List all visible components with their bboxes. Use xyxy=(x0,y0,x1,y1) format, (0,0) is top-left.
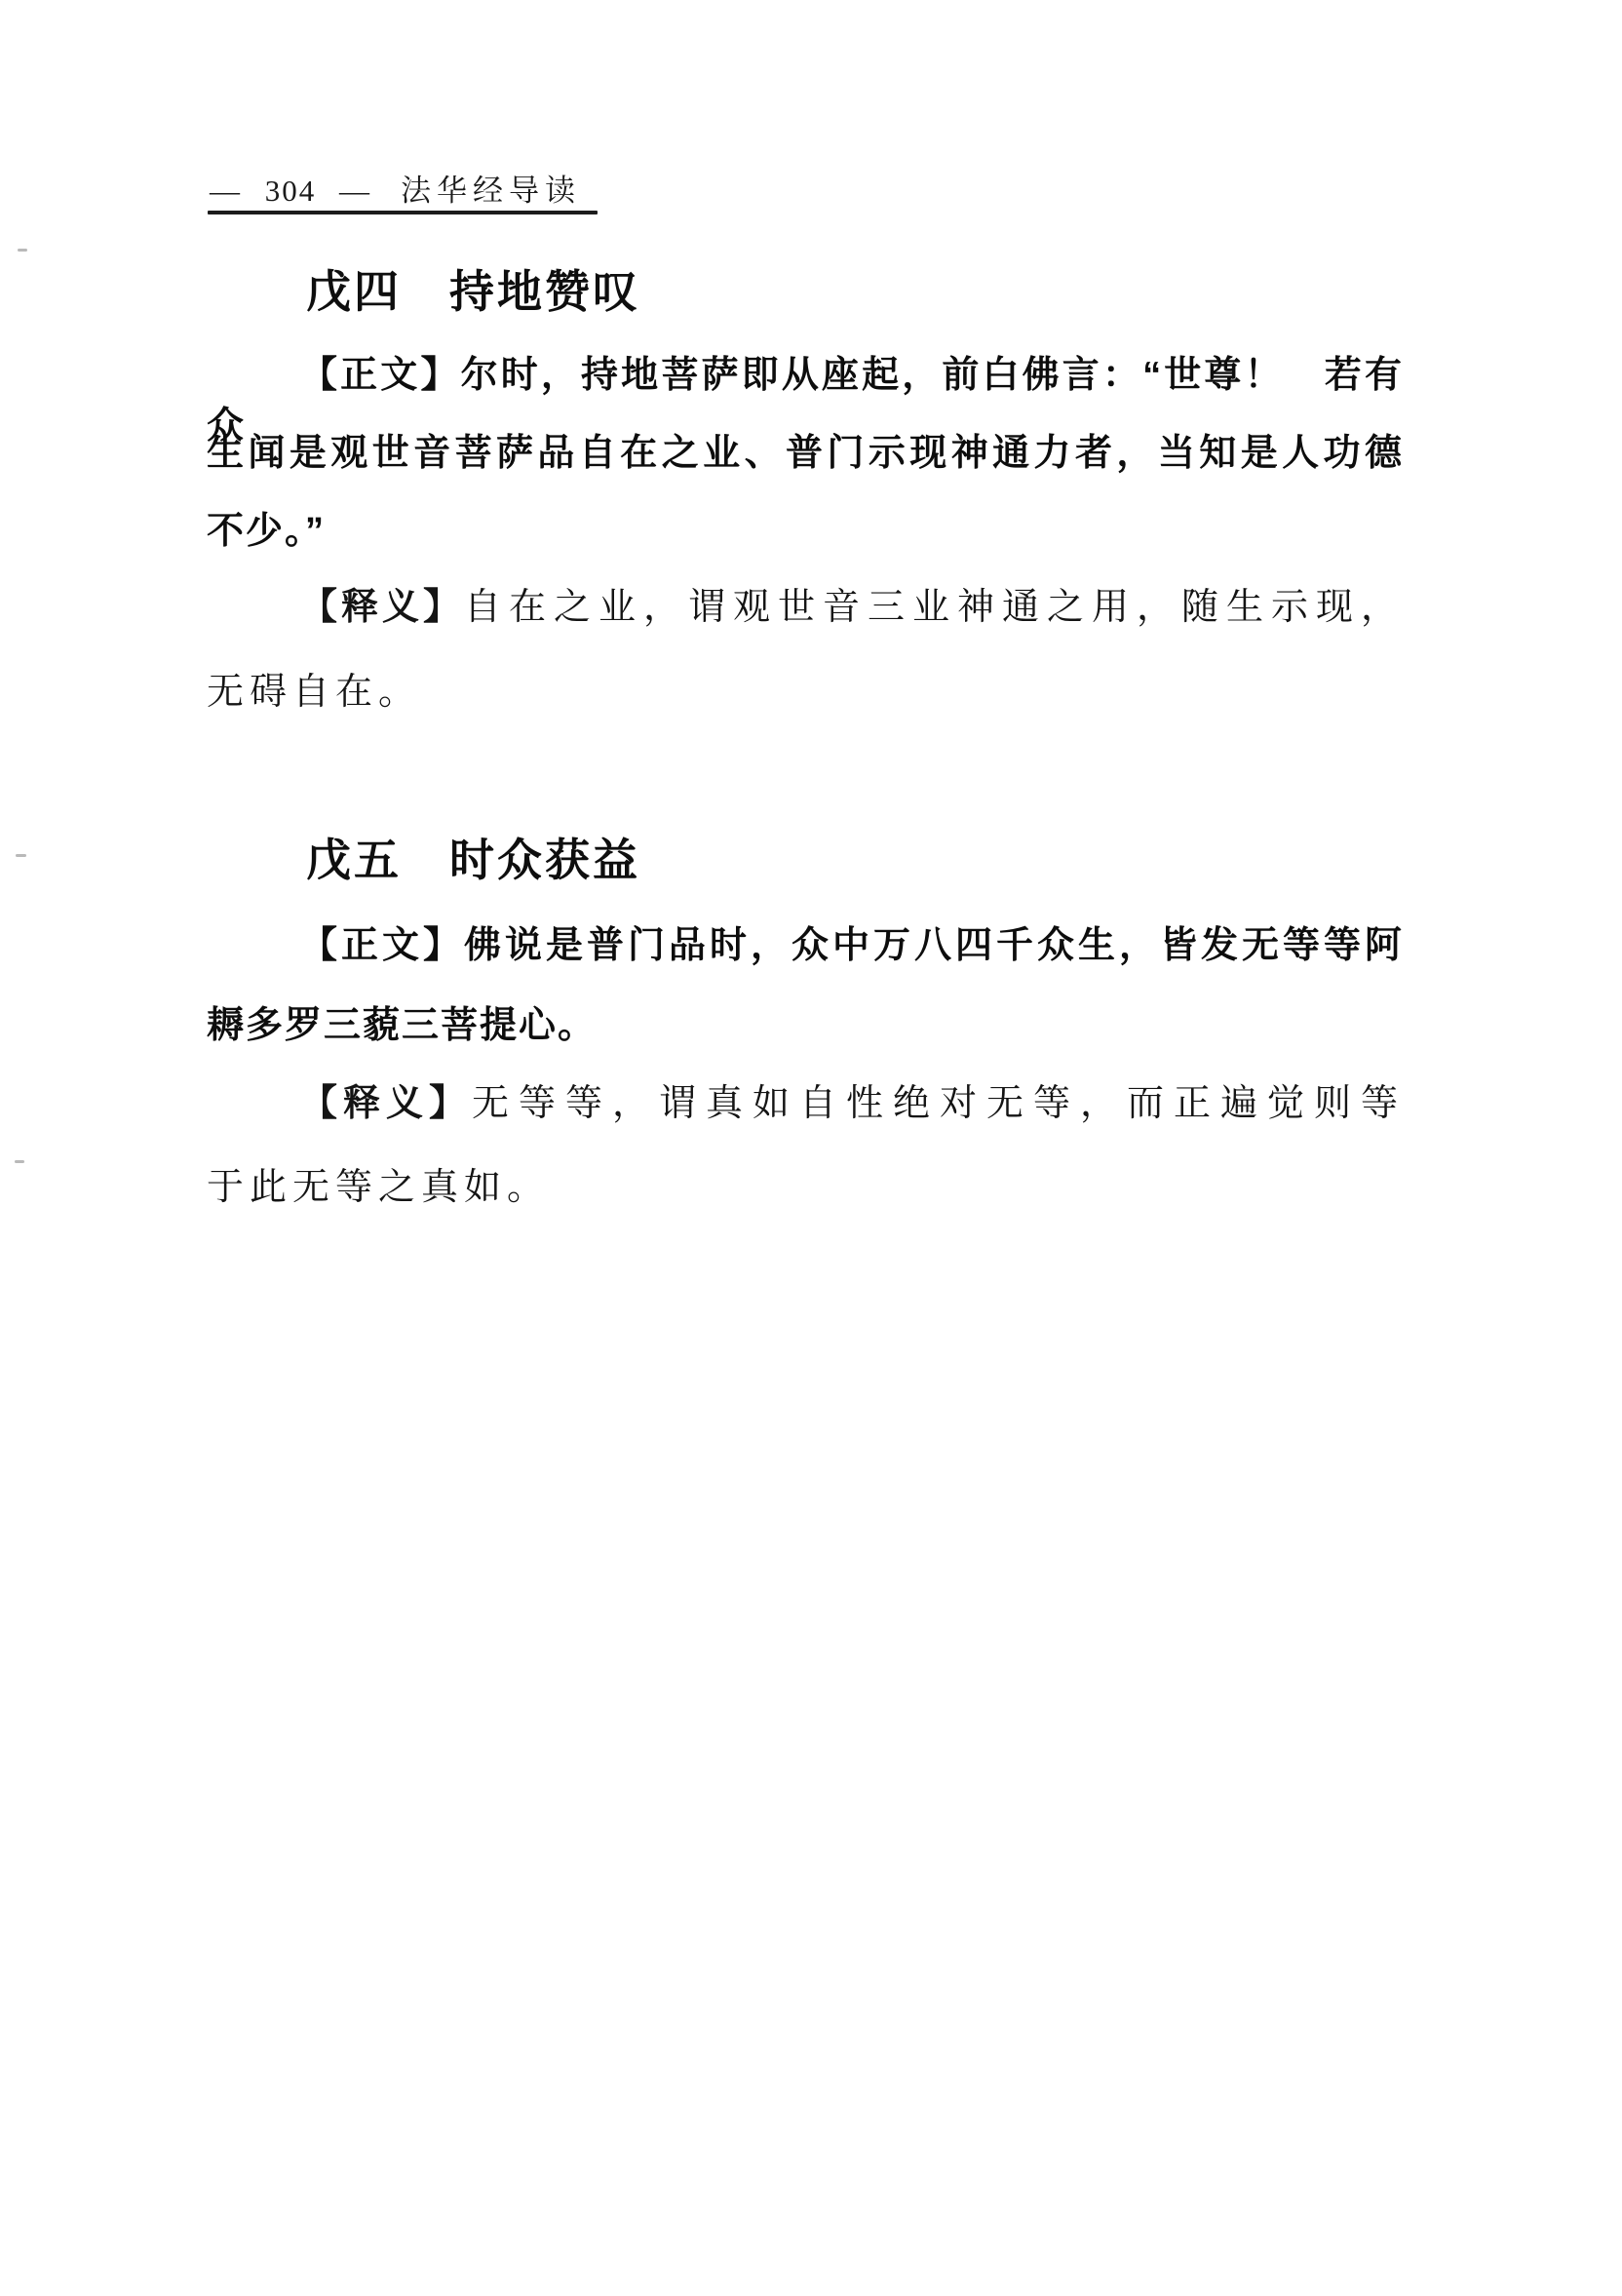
book-title: 法华经导读 xyxy=(401,166,581,210)
section-heading-2: 戊五 时众获益 xyxy=(306,834,640,886)
zhengwen-line: 不少。” xyxy=(207,506,1404,557)
scan-speck xyxy=(16,854,26,857)
scan-speck xyxy=(15,1160,24,1163)
page-number: — 304 — xyxy=(210,174,371,209)
book-page: — 304 — 法华经导读 戊四 持地赞叹 【正文】尔时，持地菩萨即从座起，前白… xyxy=(0,0,1622,2296)
shiyi-text: 自在之业，谓观世音三业神通之用，随生示现， xyxy=(464,587,1404,628)
shiyi-text: 无等等，谓真如自性绝对无等，而正遍觉则等 xyxy=(472,1083,1404,1124)
shiyi-line: 【释义】无等等，谓真如自性绝对无等，而正遍觉则等 xyxy=(207,1078,1404,1129)
section-heading-1: 戊四 持地赞叹 xyxy=(306,265,640,318)
shiyi-label: 【释义】 xyxy=(300,1083,472,1124)
shiyi-line: 于此无等之真如。 xyxy=(207,1162,1404,1213)
scan-speck xyxy=(18,249,27,252)
zhengwen-line: 【正文】佛说是普门品时，众中万八四千众生，皆发无等等阿 xyxy=(207,920,1404,971)
shiyi-line: 【释义】自在之业，谓观世音三业神通之用，随生示现， xyxy=(207,582,1404,633)
header-rule xyxy=(208,211,598,214)
zhengwen-line: 生闻是观世音菩萨品自在之业、普门示现神通力者，当知是人功德 xyxy=(207,428,1404,479)
page-header: — 304 — 法华经导读 xyxy=(210,166,755,210)
zhengwen-line: 耨多罗三藐三菩提心。 xyxy=(207,1000,1404,1051)
shiyi-line: 无碍自在。 xyxy=(207,667,1404,718)
shiyi-label: 【释义】 xyxy=(300,587,464,628)
